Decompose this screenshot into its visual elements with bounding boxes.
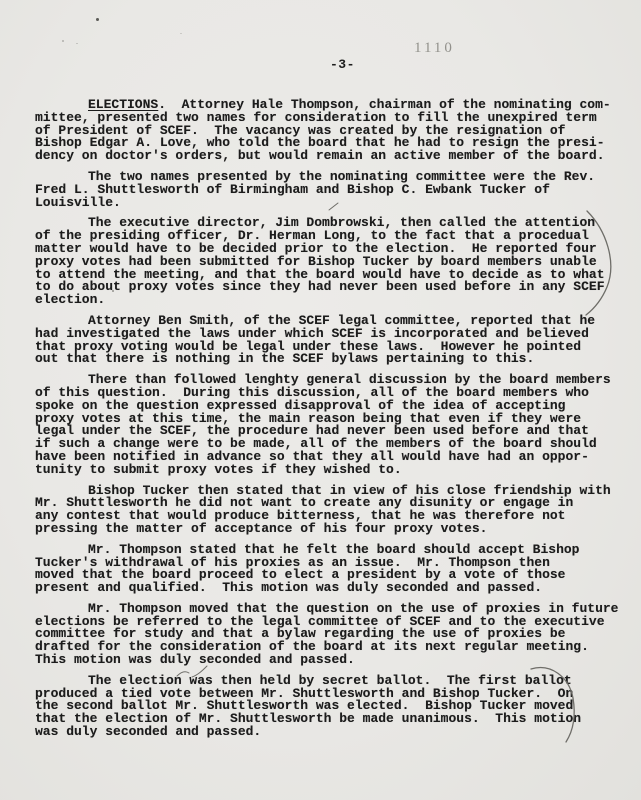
document-body: ELECTIONS. Attorney Hale Thompson, chair…: [35, 99, 620, 747]
paragraph: The election was then held by secret bal…: [35, 675, 620, 739]
document-page: 1110 -3- ELECTIONS. Attorney Hale Thomps…: [0, 0, 641, 800]
paper-speck: [180, 33, 182, 34]
paper-speck: [76, 43, 78, 44]
paper-speck: [62, 40, 64, 42]
paragraph: The two names presented by the nominatin…: [35, 171, 620, 209]
paper-speck: [112, 290, 114, 292]
page-number: -3-: [330, 57, 355, 72]
paragraph: ELECTIONS. Attorney Hale Thompson, chair…: [35, 99, 620, 163]
paragraph: The executive director, Jim Dombrowski, …: [35, 217, 620, 307]
underlined-heading: ELECTIONS: [88, 97, 158, 112]
paragraph: Attorney Ben Smith, of the SCEF legal co…: [35, 315, 620, 366]
archive-stamp-number: 1110: [414, 40, 455, 57]
paragraph: Mr. Thompson moved that the question on …: [35, 603, 620, 667]
paper-speck: [96, 18, 99, 21]
paragraph: Bishop Tucker then stated that in view o…: [35, 485, 620, 536]
paragraph: There than followed lenghty general disc…: [35, 374, 620, 476]
paragraph: Mr. Thompson stated that he felt the boa…: [35, 544, 620, 595]
